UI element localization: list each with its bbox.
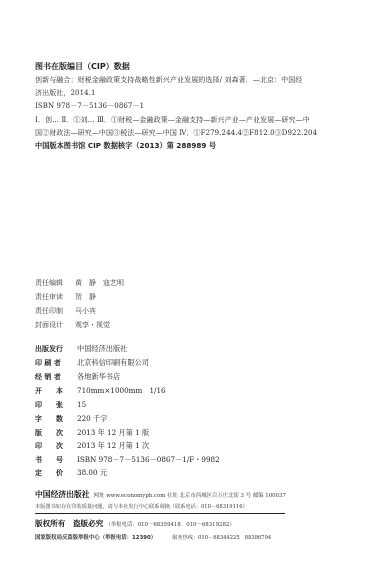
cip-data-number: 中国版本图书馆 CIP 数据核字（2013）第 288989 号 [35, 141, 216, 151]
cip-heading: 图书在版编目（CIP）数据 [35, 61, 130, 72]
cip-line: 济出版社，2014.1 [35, 88, 96, 98]
spec-row: 印 次2013 年 12 月第 1 次 [35, 441, 149, 451]
spec-row: 书 号ISBN 978－7－5136－0867－1/F・9982 [35, 455, 220, 465]
spec-value: 北京科信印刷有限公司 [77, 358, 149, 367]
service-hotline: 服务热线：010－68344225 88386794 [172, 535, 271, 541]
spec-value: 各地新华书店 [77, 372, 120, 381]
publisher-line: 中国经济出版社网址 www.economyph.com 社址 北京市西城区百万庄… [35, 489, 286, 500]
spec-row: 定 价38.00 元 [35, 468, 107, 478]
staff-label: 责任编辑 [35, 278, 75, 288]
spec-label: 开 本 [35, 386, 77, 396]
spec-label: 经 销 者 [35, 372, 77, 382]
spec-value: 710mm×1000mm 1/16 [77, 386, 166, 395]
spec-row: 印 刷 者北京科信印刷有限公司 [35, 358, 149, 368]
spec-value: 2013 年 12 月第 1 版 [77, 428, 149, 437]
staff-value: 贺 静 [75, 293, 96, 301]
staff-value: 马小宾 [75, 307, 96, 315]
staff-row: 责任编辑黄 静 寇艺明 [35, 278, 124, 288]
spec-value: 15 [77, 400, 86, 409]
spec-value: 2013 年 12 月第 1 次 [77, 441, 149, 450]
spec-label: 出版发行 [35, 344, 77, 354]
publisher-name: 中国经济出版社 [35, 490, 90, 499]
divider [35, 513, 285, 514]
spec-label: 字 数 [35, 414, 77, 424]
staff-label: 封面设计 [35, 320, 75, 330]
spec-label: 书 号 [35, 455, 77, 465]
spec-row: 字 数220 千字 [35, 414, 107, 424]
staff-label: 责任审读 [35, 292, 75, 302]
anti-piracy-center: 国家版权局反盗版举报中心（举报电话：12390） [35, 535, 156, 541]
spec-label: 印 张 [35, 400, 77, 410]
rights-title: 版权所有 盗版必究 [35, 519, 103, 528]
staff-label: 责任印制 [35, 306, 75, 316]
quality-notice: 本版图书如存在印装质量问题，请与本社发行中心联系调换（联系电话：010－6831… [35, 503, 248, 510]
cip-line: 国②财政法—研究—中国③税法—研究—中国 Ⅳ．①F279.244.4②F812.… [35, 128, 317, 138]
staff-value: 黄 静 寇艺明 [75, 279, 124, 287]
rights-phones: （举报电话：010－68359418 010－68319282） [105, 522, 234, 528]
spec-value: 220 千字 [77, 414, 107, 423]
spec-label: 定 价 [35, 468, 77, 478]
spec-label: 印 刷 者 [35, 358, 77, 368]
rights-line: 版权所有 盗版必究（举报电话：010－68359418 010－68319282… [35, 518, 235, 529]
spec-value: ISBN 978－7－5136－0867－1/F・9982 [77, 455, 220, 464]
spec-label: 版 次 [35, 428, 77, 438]
staff-row: 责任印制马小宾 [35, 306, 96, 316]
spec-row: 经 销 者各地新华书店 [35, 372, 120, 382]
report-line: 国家版权局反盗版举报中心（举报电话：12390）服务热线：010－6834422… [35, 533, 271, 541]
spec-row: 开 本710mm×1000mm 1/16 [35, 386, 166, 396]
publisher-details: 网址 www.economyph.com 社址 北京市西城区百万庄北街 3 号 … [94, 493, 286, 499]
spec-row: 印 张15 [35, 400, 86, 410]
spec-value: 中国经济出版社 [77, 344, 127, 353]
staff-row: 封面设计观享・视觉 [35, 320, 110, 330]
cip-line: ISBN 978－7－5136－0867－1 [35, 101, 144, 111]
spec-row: 出版发行中国经济出版社 [35, 344, 127, 354]
spec-value: 38.00 元 [77, 468, 107, 477]
cip-line: 创新与融合：财税金融政策支持战略性新兴产业发展的选择/ 刘森著．—北京：中国经 [35, 75, 302, 85]
cip-line: Ⅰ．创… Ⅱ．①刘… Ⅲ．①财税—金融政策—金融支持—新兴产业—产业发展—研究—… [35, 115, 310, 125]
spec-row: 版 次2013 年 12 月第 1 版 [35, 428, 149, 438]
spec-label: 印 次 [35, 441, 77, 451]
staff-value: 观享・视觉 [75, 321, 110, 329]
staff-row: 责任审读贺 静 [35, 292, 96, 302]
